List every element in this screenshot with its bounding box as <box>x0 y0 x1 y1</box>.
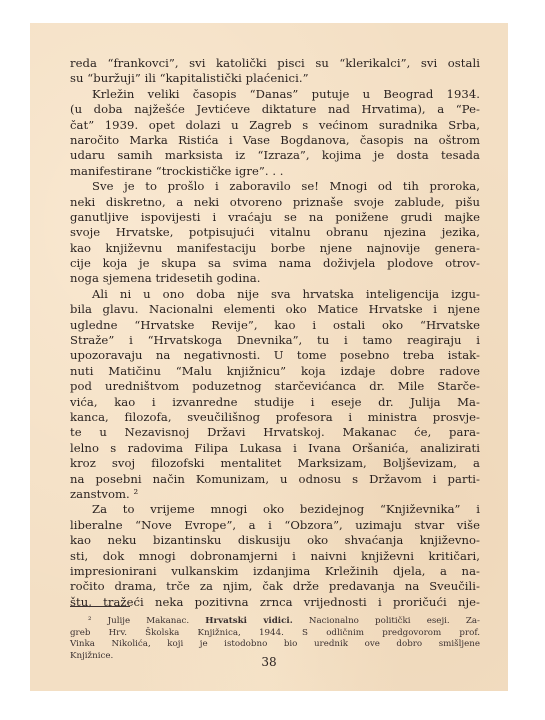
body-line: reda “frankovci”, svi katolički pisci su… <box>70 56 480 71</box>
body-line: štu, tražeći neka pozitivna zrnca vrijed… <box>70 595 480 610</box>
body-line: ročito drama, trče za njim, čak drže pre… <box>70 579 480 594</box>
body-line: manifestirane “trockističke igre”. . . <box>70 164 480 179</box>
body-line: Straže” i “Hrvatskoga Dnevnika”, tu i ta… <box>70 333 480 348</box>
body-line: svoje Hrvatske, potpisujući vitalnu obra… <box>70 225 480 240</box>
body-line: (u doba najžešće Jevtićeve diktature nad… <box>70 102 480 117</box>
book-page: reda “frankovci”, svi katolički pisci su… <box>30 23 508 691</box>
body-line: liberalne “Nove Evrope”, a i “Obzora”, u… <box>70 518 480 533</box>
body-line: na posebni način Komunizam, u odnosu s D… <box>70 472 480 487</box>
body-line: ganutljive ispovijesti i vraćaju se na p… <box>70 210 480 225</box>
footnote-line-3: Vinka Nikolića, koji je istodobno bio ur… <box>70 639 480 651</box>
body-text: reda “frankovci”, svi katolički pisci su… <box>70 56 480 610</box>
body-line: Sve je to prošlo i zaboravilo se! Mnogi … <box>70 179 480 194</box>
body-line: cije koja je skupa sa svima nama doživje… <box>70 256 480 271</box>
body-line: pod uredništvom poduzetnog starčevićanca… <box>70 379 480 394</box>
footnote-title: Hrvatski vidici. <box>205 616 292 626</box>
footnote-line-2: greb Hrv. Školska Knjižnica, 1944. S odl… <box>70 628 480 640</box>
body-line: zanstvom. ² <box>70 487 480 502</box>
body-line: bila glavu. Nacionalni elementi oko Mati… <box>70 302 480 317</box>
body-line: upozoravaju na negativnosti. U tome pose… <box>70 348 480 363</box>
body-line: lelno s radovima Filipa Lukasa i Ivana O… <box>70 441 480 456</box>
page-number: 38 <box>30 655 508 669</box>
body-line: ugledne “Hrvatske Revije”, kao i ostali … <box>70 318 480 333</box>
footnote-author: Julije Makanac. <box>108 616 190 626</box>
footnote-marker: ² <box>70 616 91 626</box>
footnote-line1-rest: Nacionalno politički eseji. Za- <box>309 616 480 626</box>
body-line: kroz svoj filozofski mentalitet Marksiza… <box>70 456 480 471</box>
footnote-line-1: ² Julije Makanac. Hrvatski vidici. Nacio… <box>70 616 480 628</box>
body-line: kanca, filozofa, sveučilišnog profesora … <box>70 410 480 425</box>
body-line: vića, kao i izvanredne studije i eseje d… <box>70 395 480 410</box>
body-line: kao neku bizantinsku diskusiju oko shvać… <box>70 533 480 548</box>
body-line: udaru samih marksista iz “Izraza”, kojim… <box>70 148 480 163</box>
body-line: Krležin veliki časopis “Danas” putuje u … <box>70 87 480 102</box>
footnote-rule <box>70 606 130 607</box>
body-line: Za to vrijeme mnogi oko bezidejnog “Knji… <box>70 502 480 517</box>
body-line: su “buržuji” ili “kapitalistički plaćeni… <box>70 71 480 86</box>
body-line: neki diskretno, a neki otvoreno priznaše… <box>70 195 480 210</box>
body-line: kao književnu manifestaciju borbe njene … <box>70 241 480 256</box>
body-line: nuti Matičinu “Malu knjižnicu” koja izda… <box>70 364 480 379</box>
body-line: impresionirani vulkanskim izdanjima Krle… <box>70 564 480 579</box>
body-line: Ali ni u ono doba nije sva hrvatska inte… <box>70 287 480 302</box>
body-line: te u Nezavisnoj Državi Hrvatskoj. Makana… <box>70 425 480 440</box>
body-line: čat” 1939. opet dolazi u Zagreb s većino… <box>70 118 480 133</box>
body-line: naročito Marka Ristića i Vase Bogdanova,… <box>70 133 480 148</box>
body-line: noga sjemena tridesetih godina. <box>70 271 480 286</box>
body-line: sti, dok mnogi dobronamjerni i naivni kn… <box>70 549 480 564</box>
